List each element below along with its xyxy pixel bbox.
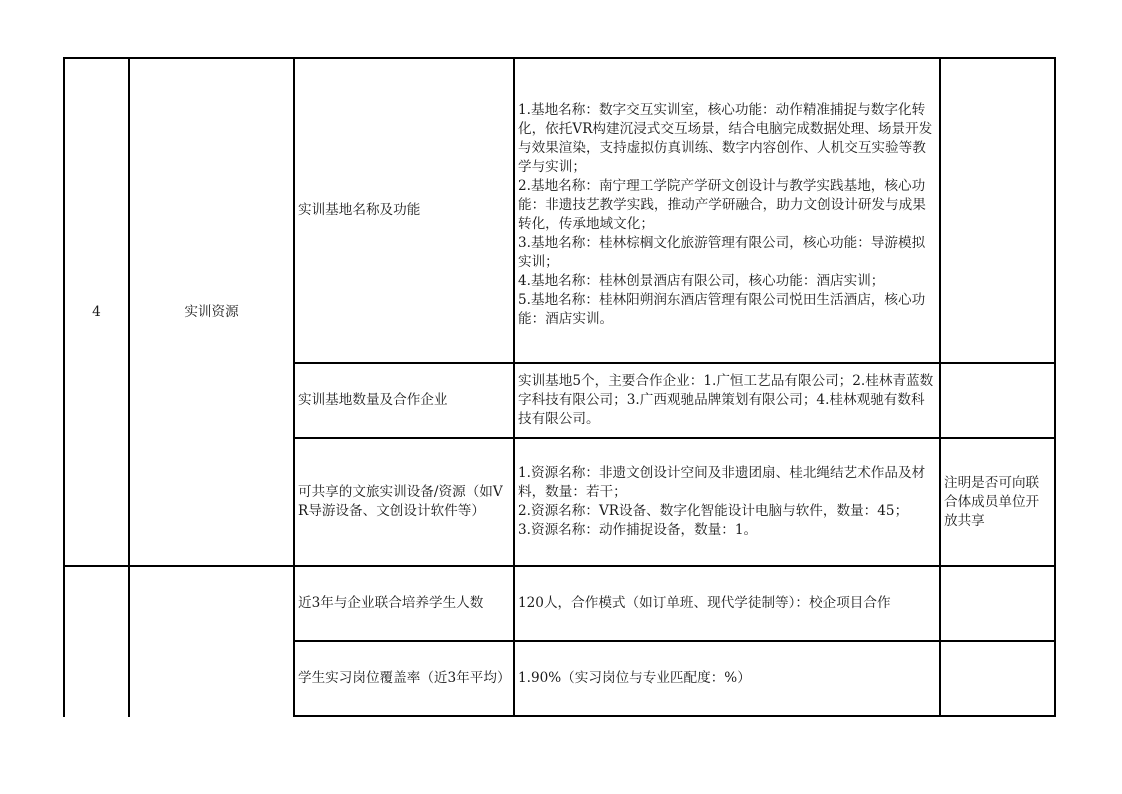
row-2-item-cell: 实训基地数量及合作企业	[295, 364, 513, 437]
table-right-border	[1054, 57, 1056, 717]
row-5-item: 学生实习岗位覆盖率（近3年平均）	[298, 669, 510, 688]
row-2-content: 实训基地5个，主要合作企业：1.广恒工艺品有限公司；2.桂林青蓝数字科技有限公司…	[518, 372, 936, 429]
table-bottom-border	[294, 715, 1056, 717]
section-number-cell: 4	[65, 59, 128, 565]
row-3-content-cell: 1.资源名称：非遗文创设计空间及非遗团扇、桂北绳结艺术作品及材料，数量：若干； …	[515, 439, 939, 565]
row-3-content: 1.资源名称：非遗文创设计空间及非遗团扇、桂北绳结艺术作品及材料，数量：若干； …	[518, 464, 936, 540]
section-category-cell: 实训资源	[130, 59, 293, 565]
row-1-note-cell	[941, 59, 1054, 362]
row-3-note-cell: 注明是否可向联合体成员单位开放共享	[941, 439, 1054, 565]
row-3-item: 可共享的文旅实训设备/资源（如VR导游设备、文创设计软件等）	[298, 483, 510, 521]
row-4-note-cell	[941, 567, 1054, 640]
row-4-content: 120人，合作模式（如订单班、现代学徒制等）：校企项目合作	[518, 594, 891, 613]
row-5-content-cell: 1.90%（实习岗位与专业匹配度：%）	[515, 642, 939, 715]
row-1-content: 1.基地名称：数字交互实训室，核心功能：动作精准捕捉与数字化转化，依托VR构建沉…	[518, 101, 936, 329]
section-category: 实训资源	[184, 303, 238, 322]
row-3-item-cell: 可共享的文旅实训设备/资源（如VR导游设备、文创设计软件等）	[295, 439, 513, 565]
row-5-item-cell: 学生实习岗位覆盖率（近3年平均）	[295, 642, 513, 715]
document-page: 4 实训资源 实训基地名称及功能 1.基地名称：数字交互实训室，核心功能：动作精…	[0, 0, 1122, 794]
row-1-content-cell: 1.基地名称：数字交互实训室，核心功能：动作精准捕捉与数字化转化，依托VR构建沉…	[515, 59, 939, 362]
row-2-note-cell	[941, 364, 1054, 437]
row-1-item: 实训基地名称及功能	[298, 201, 420, 220]
row-4-content-cell: 120人，合作模式（如订单班、现代学徒制等）：校企项目合作	[515, 567, 939, 640]
row-4-item-cell: 近3年与企业联合培养学生人数	[295, 567, 513, 640]
row-1-item-cell: 实训基地名称及功能	[295, 59, 513, 362]
row-2-item: 实训基地数量及合作企业	[298, 391, 448, 410]
row-2-content-cell: 实训基地5个，主要合作企业：1.广恒工艺品有限公司；2.桂林青蓝数字科技有限公司…	[515, 364, 939, 437]
row-3-note: 注明是否可向联合体成员单位开放共享	[944, 474, 1051, 531]
row-4-item: 近3年与企业联合培养学生人数	[298, 594, 483, 613]
section-number: 4	[92, 303, 101, 322]
row-5-content: 1.90%（实习岗位与专业匹配度：%）	[518, 669, 751, 688]
row-5-note-cell	[941, 642, 1054, 715]
